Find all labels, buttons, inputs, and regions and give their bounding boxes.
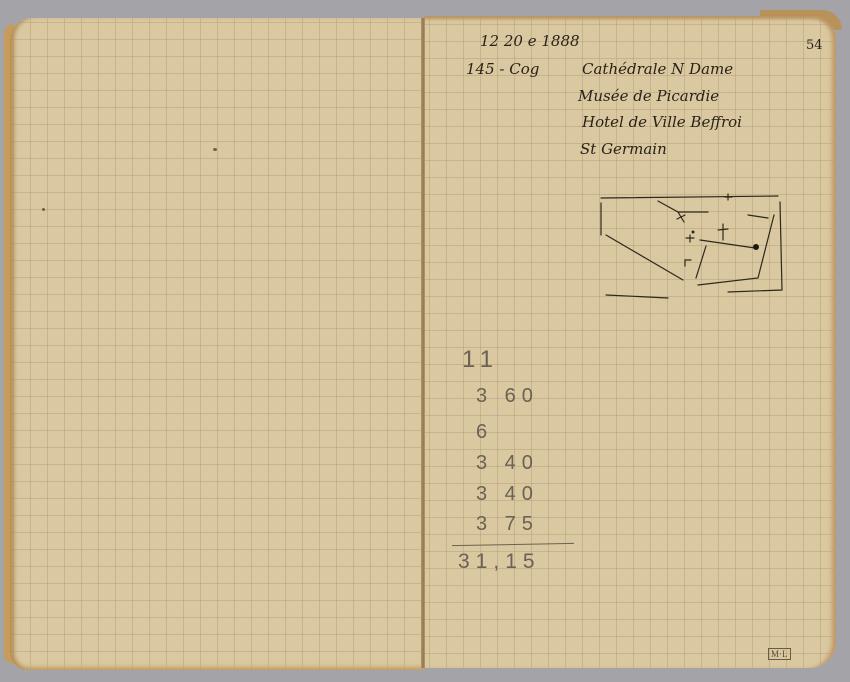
calc-total: 31,15 — [458, 550, 541, 574]
header-line: Cathédrale N Dame — [582, 60, 733, 78]
calc-item: 11 — [462, 346, 499, 374]
collection-stamp: M·L — [768, 648, 791, 660]
header-line: St Germain — [580, 140, 667, 158]
calc-item: 3 40 — [476, 452, 539, 475]
header-line: Hotel de Ville Beffroi — [582, 113, 742, 131]
left-page — [10, 18, 424, 670]
calc-item: 6 — [476, 421, 493, 444]
spine-gutter — [421, 18, 425, 668]
place-prefix: 145 - Cog — [466, 60, 539, 78]
calc-item: 3 40 — [476, 483, 539, 506]
ink-speck — [213, 148, 217, 151]
calc-item: 3 75 — [476, 513, 539, 536]
calc-item: 3 60 — [476, 385, 539, 408]
map-sketch — [598, 190, 788, 305]
header-line: Musée de Picardie — [578, 87, 719, 105]
page-number: 54 — [806, 38, 823, 53]
date-line: 12 20 e 1888 — [480, 32, 580, 50]
ink-speck — [42, 208, 45, 211]
notebook-spread: 54 12 20 e 1888 145 - Cog Cathédrale N D… — [0, 0, 850, 682]
